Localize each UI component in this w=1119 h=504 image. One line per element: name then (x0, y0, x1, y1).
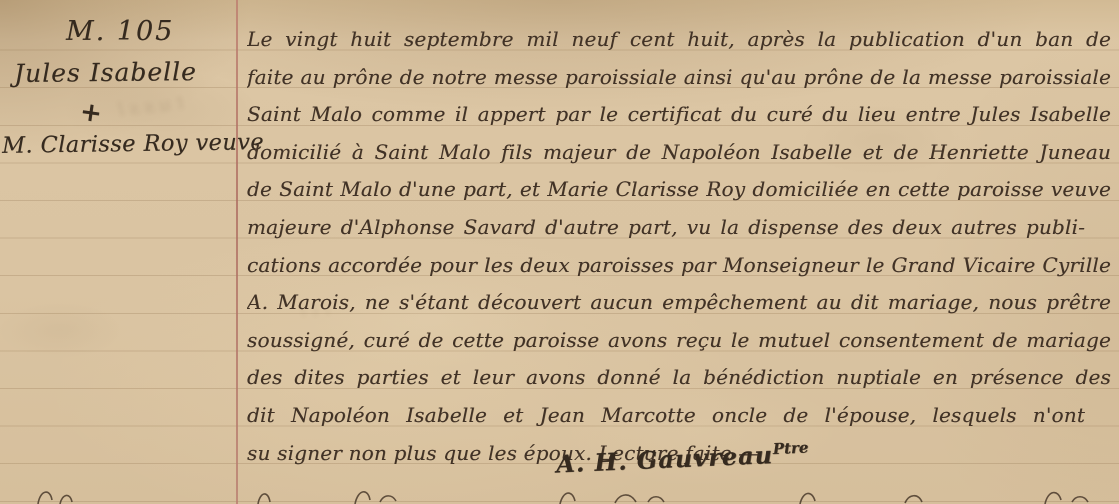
act-line: Saint Malo comme il appert par le certif… (247, 96, 1111, 134)
act-line: de Saint Malo d'une part, et Marie Clari… (247, 171, 1111, 209)
act-line: faite au prône de notre messe paroissial… (247, 59, 1111, 97)
groom-name: Jules Isabelle (14, 57, 197, 88)
act-text-block: Le vingt huit septembre mil neuf cent hu… (247, 21, 1111, 472)
act-line: dit Napoléon Isabelle et Jean Marcotte o… (247, 397, 1085, 435)
entry-number: M. 105 (66, 16, 174, 47)
union-cross-symbol: + (78, 97, 104, 130)
act-line: soussigné, curé de cette paroisse avons … (247, 322, 1111, 360)
red-margin-rule (236, 0, 238, 504)
bride-name: M. Clarisse Roy veuve (2, 129, 264, 159)
act-line: cations accordée pour les deux paroisses… (247, 247, 1111, 285)
signature-title: Ptre (772, 439, 808, 459)
register-page: t u s s l l t l M. 105 Jules Isabelle + … (0, 0, 1119, 504)
act-line: majeure d'Alphonse Savard d'autre part, … (247, 209, 1085, 247)
act-line: des dites parties et leur avons donné la… (247, 359, 1111, 397)
margin-column: M. 105 Jules Isabelle + M. Clarisse Roy … (0, 0, 236, 504)
act-line: A. Marois, ne s'étant découvert aucun em… (247, 284, 1111, 322)
act-line: Le vingt huit septembre mil neuf cent hu… (247, 21, 1111, 59)
act-line: domicilié à Saint Malo fils majeur de Na… (247, 134, 1111, 172)
